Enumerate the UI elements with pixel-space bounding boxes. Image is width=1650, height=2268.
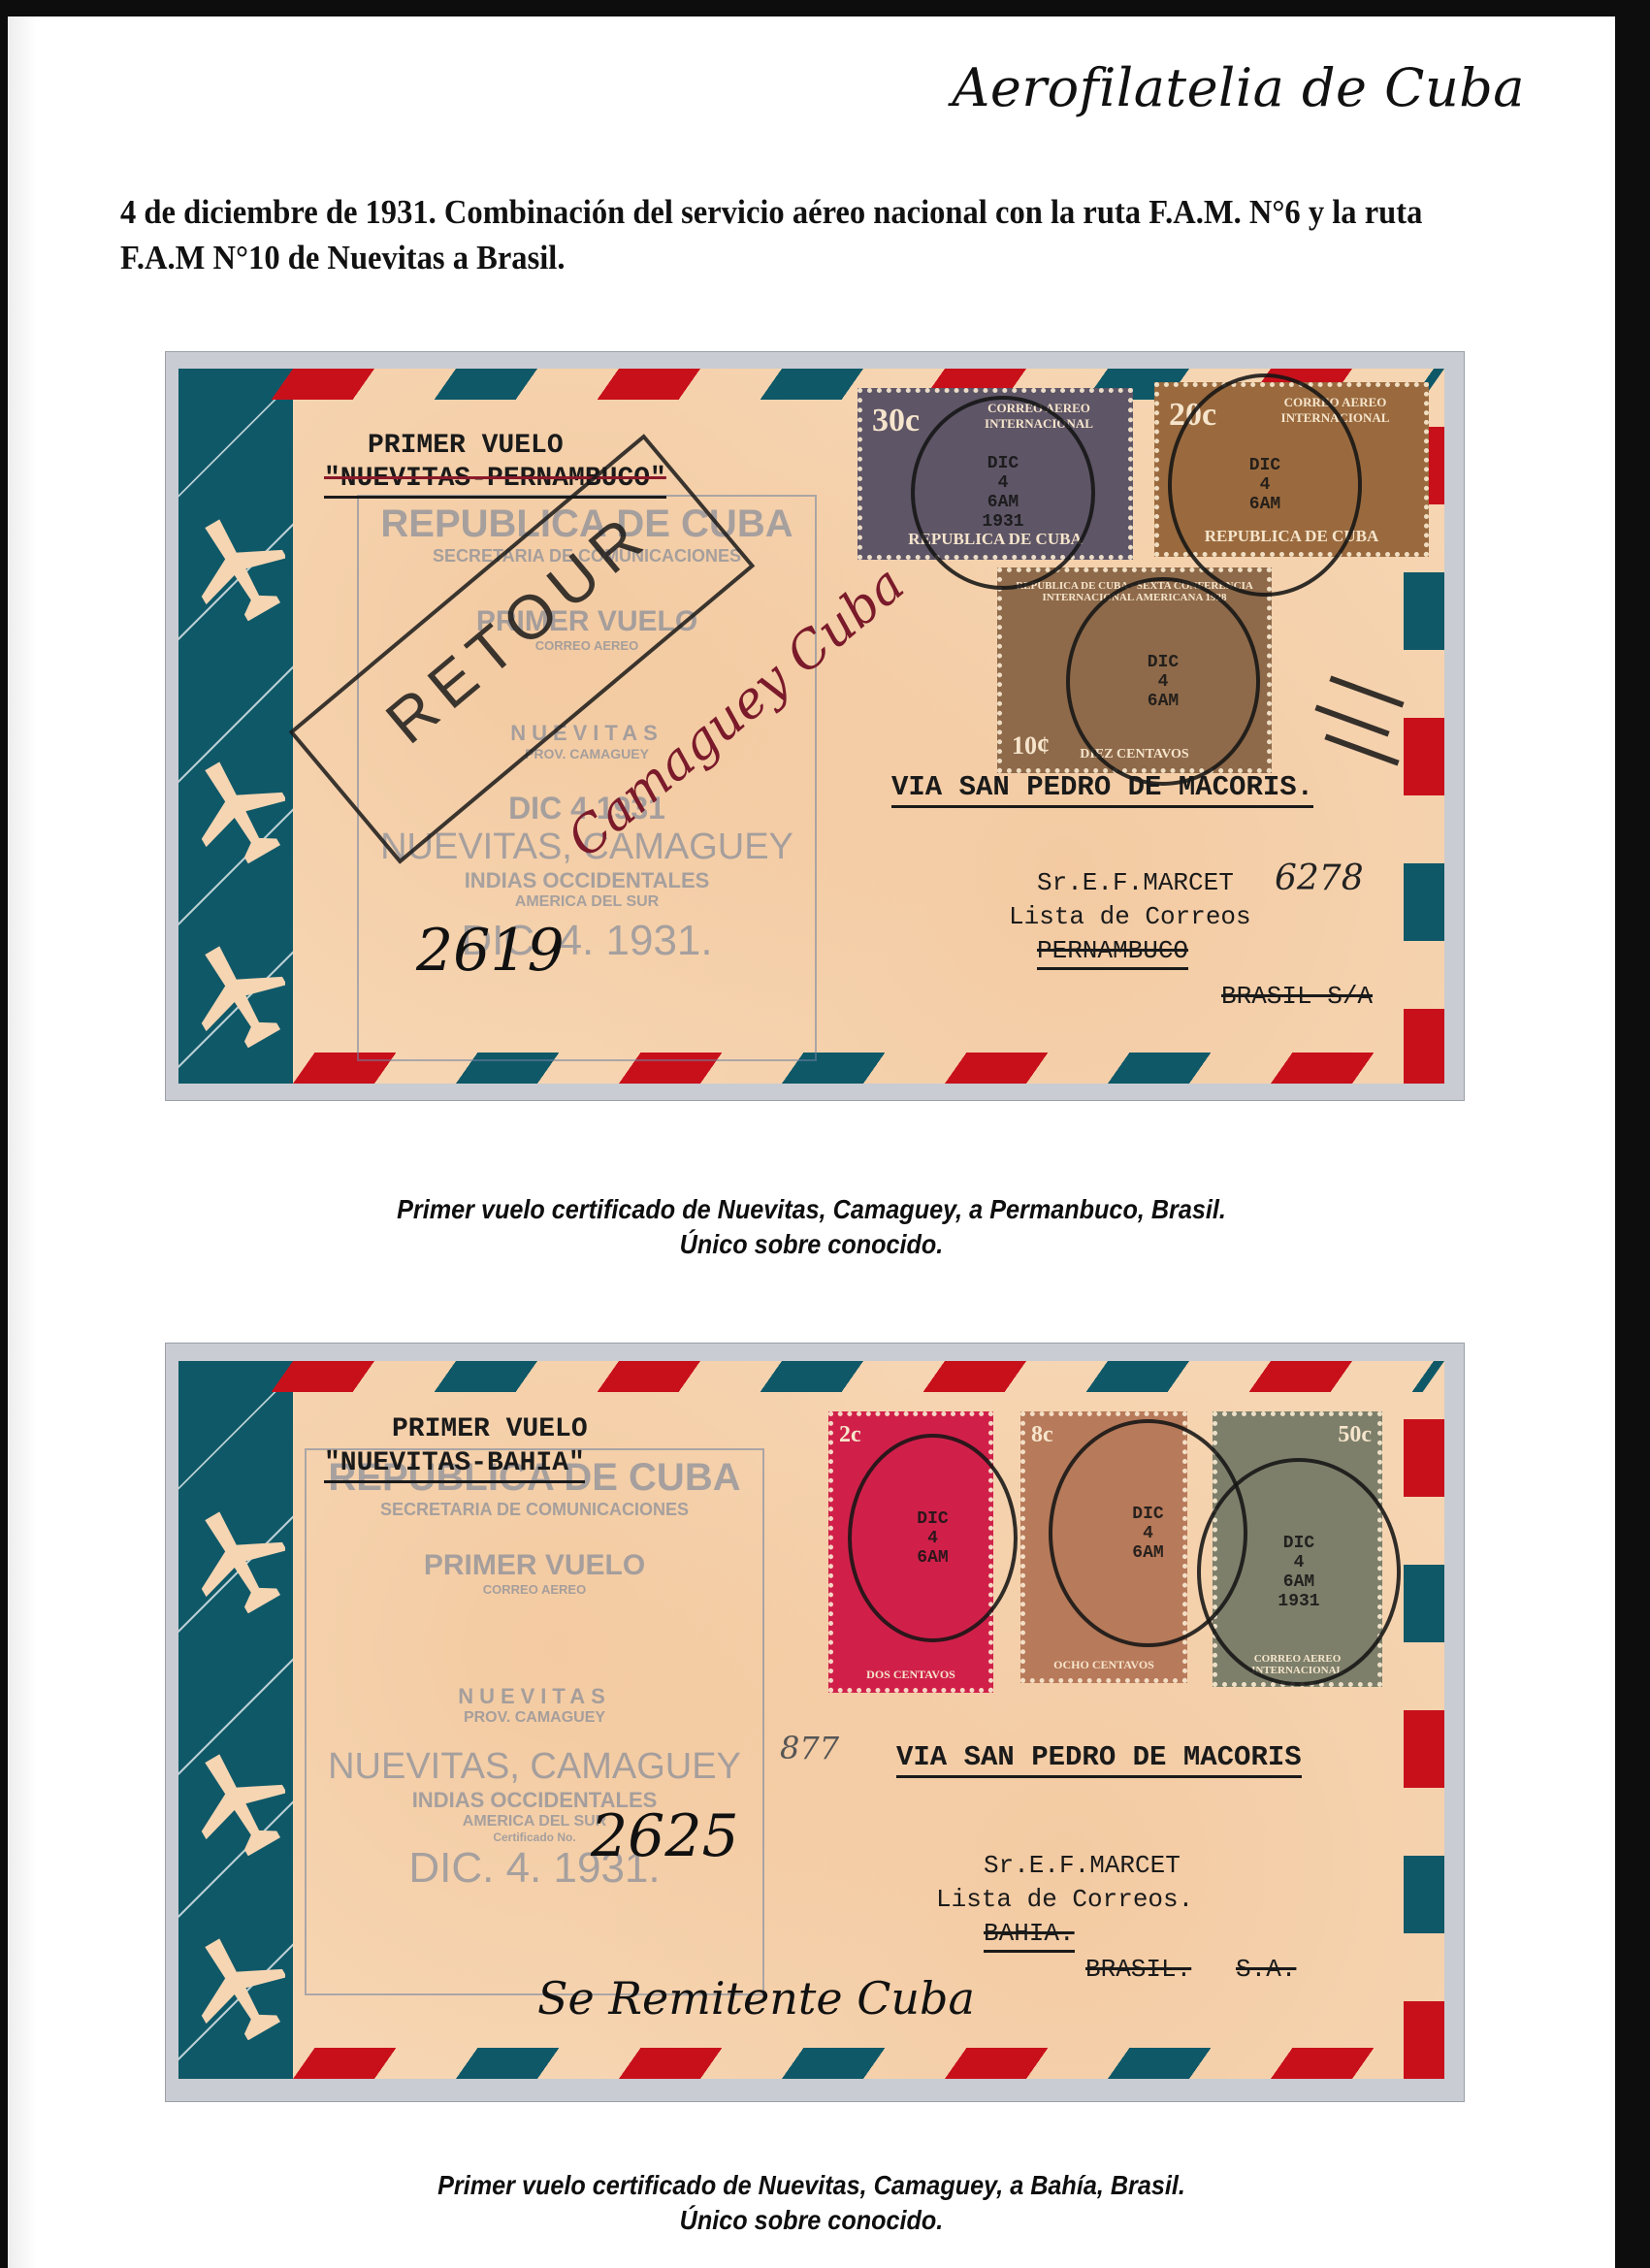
postmark-cancel: DIC46AM1931: [1197, 1458, 1401, 1686]
page-edge-shadow: [8, 16, 37, 2268]
addressee-city: PERNAMBUCO: [1037, 936, 1188, 970]
airmail-border-top: [272, 1361, 1444, 1392]
handwritten-note: 877: [780, 1730, 839, 1766]
postmark-cancel: DIC46AM: [848, 1434, 1018, 1642]
via-routing: VIA SAN PEDRO DE MACORIS.: [891, 771, 1313, 808]
airplane-icon: [192, 941, 285, 1048]
handwritten-return-address: Se Remitente Cuba: [537, 1972, 975, 2025]
killer-bars: [1329, 676, 1404, 708]
airplane-icon: [192, 1507, 285, 1613]
airplane-icon: [192, 757, 285, 863]
postmark-cancel: DIC46AM1931: [911, 396, 1095, 590]
album-page: Aerofilatelia de Cuba 4 de diciembre de …: [8, 16, 1615, 2268]
addressee-country: BRASIL.: [1085, 1955, 1191, 1984]
series-title: Aerofilatelia de Cuba: [952, 57, 1525, 118]
handwritten-note: 6278: [1275, 859, 1364, 898]
postmark-cancel: DIC46AM: [1066, 577, 1260, 786]
addressee-country: BRASIL S/A: [1221, 982, 1373, 1011]
cachet-primer-vuelo: PRIMER VUELO: [368, 431, 564, 461]
cachet-primer-vuelo: PRIMER VUELO: [392, 1414, 588, 1444]
addressee-name: Sr.E.F.MARCET: [984, 1851, 1181, 1880]
airmail-border-right: [1404, 1419, 1444, 2079]
killer-bars: [1314, 705, 1389, 737]
airmail-border-bottom: [293, 2048, 1444, 2079]
registration-number: 2625: [591, 1802, 739, 1870]
postmark-cancel: DIC46AM: [1168, 373, 1362, 597]
faint-first-flight-cachet: REPUBLICA DE CUBA SECRETARIA DE COMUNICA…: [305, 1448, 764, 1995]
addressee-city: BAHIA.: [984, 1919, 1075, 1953]
airplane-icon: [192, 1933, 285, 2040]
cover-caption-pernambuco: Primer vuelo certificado de Nuevitas, Ca…: [8, 1192, 1615, 1262]
registration-number: 2619: [416, 917, 565, 985]
airplane-icon: [192, 1749, 285, 1856]
airmail-left-band: [178, 1361, 293, 2079]
cover-pernambuco: REPUBLICA DE CUBA SECRETARIA DE COMUNICA…: [178, 369, 1444, 1084]
cachet-route: "NUEVITAS-BAHIA": [324, 1448, 585, 1483]
addressee-continent: S.A.: [1236, 1955, 1296, 1984]
page-intro: 4 de diciembre de 1931. Combinación del …: [120, 189, 1438, 280]
via-routing: VIA SAN PEDRO DE MACORIS: [896, 1741, 1302, 1778]
addressee-name: Sr.E.F.MARCET: [1037, 868, 1234, 897]
airplane-icon: [192, 514, 285, 621]
cover-caption-bahia: Primer vuelo certificado de Nuevitas, Ca…: [8, 2168, 1615, 2238]
cover-bahia: REPUBLICA DE CUBA SECRETARIA DE COMUNICA…: [178, 1361, 1444, 2079]
addressee-line2: Lista de Correos: [1009, 902, 1251, 931]
addressee-line2: Lista de Correos.: [936, 1885, 1193, 1914]
killer-bars: [1324, 734, 1399, 766]
airmail-left-band: [178, 369, 293, 1084]
